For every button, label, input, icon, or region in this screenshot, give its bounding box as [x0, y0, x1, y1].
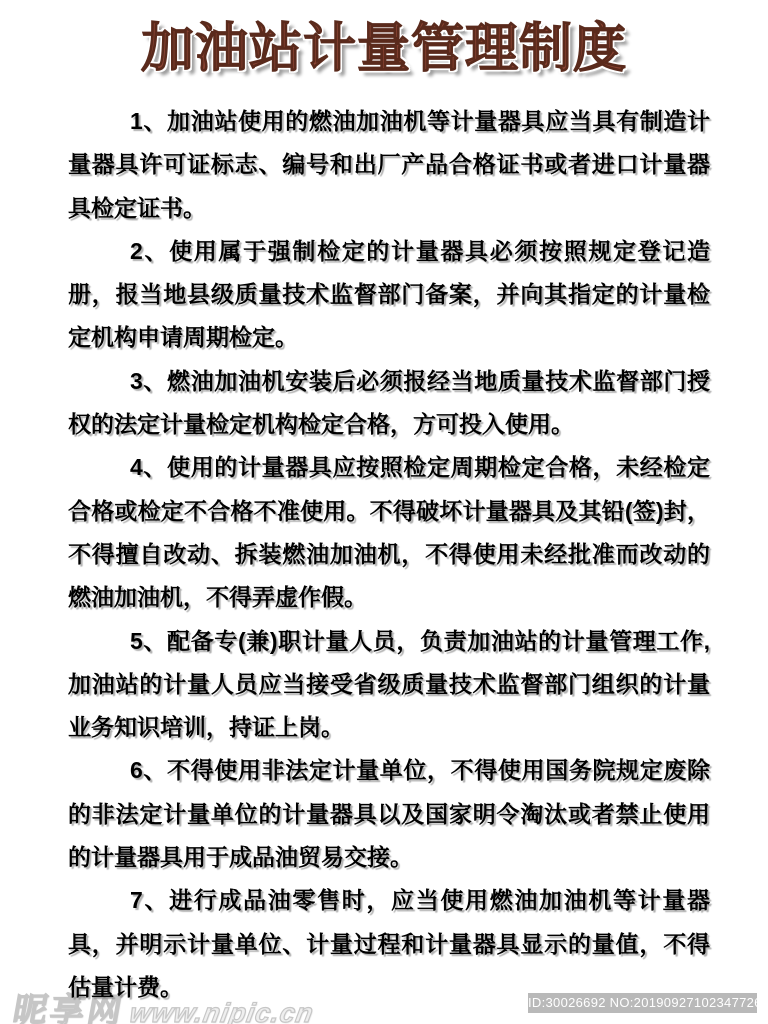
- page-title: 加油站计量管理制度: [0, 6, 768, 82]
- document-page: 加油站计量管理制度 1、加油站使用的燃油加油机等计量器具应当具有制造计量器具许可…: [0, 0, 768, 1024]
- paragraph-3: 3、燃油加油机安装后必须报经当地质量技术监督部门授权的法定计量检定机构检定合格，…: [68, 360, 710, 447]
- image-id-bar: ID:30026692 NO:20190927102347726400: [528, 993, 757, 1013]
- paragraph-4: 4、使用的计量器具应按照检定周期检定合格，未经检定合格或检定不合格不准使用。不得…: [68, 446, 710, 619]
- paragraph-1: 1、加油站使用的燃油加油机等计量器具应当具有制造计量器具许可证标志、编号和出厂产…: [68, 100, 710, 230]
- document-body: 1、加油站使用的燃油加油机等计量器具应当具有制造计量器具许可证标志、编号和出厂产…: [68, 100, 710, 1009]
- paragraph-7: 7、进行成品油零售时，应当使用燃油加油机等计量器具，并明示计量单位、计量过程和计…: [68, 879, 710, 1009]
- paragraph-5: 5、配备专(兼)职计量人员，负责加油站的计量管理工作,加油站的计量人员应当接受省…: [68, 620, 710, 750]
- paragraph-2: 2、使用属于强制检定的计量器具必须按照规定登记造册，报当地县级质量技术监督部门备…: [68, 230, 710, 360]
- paragraph-6: 6、不得使用非法定计量单位，不得使用国务院规定废除的非法定计量单位的计量器具以及…: [68, 749, 710, 879]
